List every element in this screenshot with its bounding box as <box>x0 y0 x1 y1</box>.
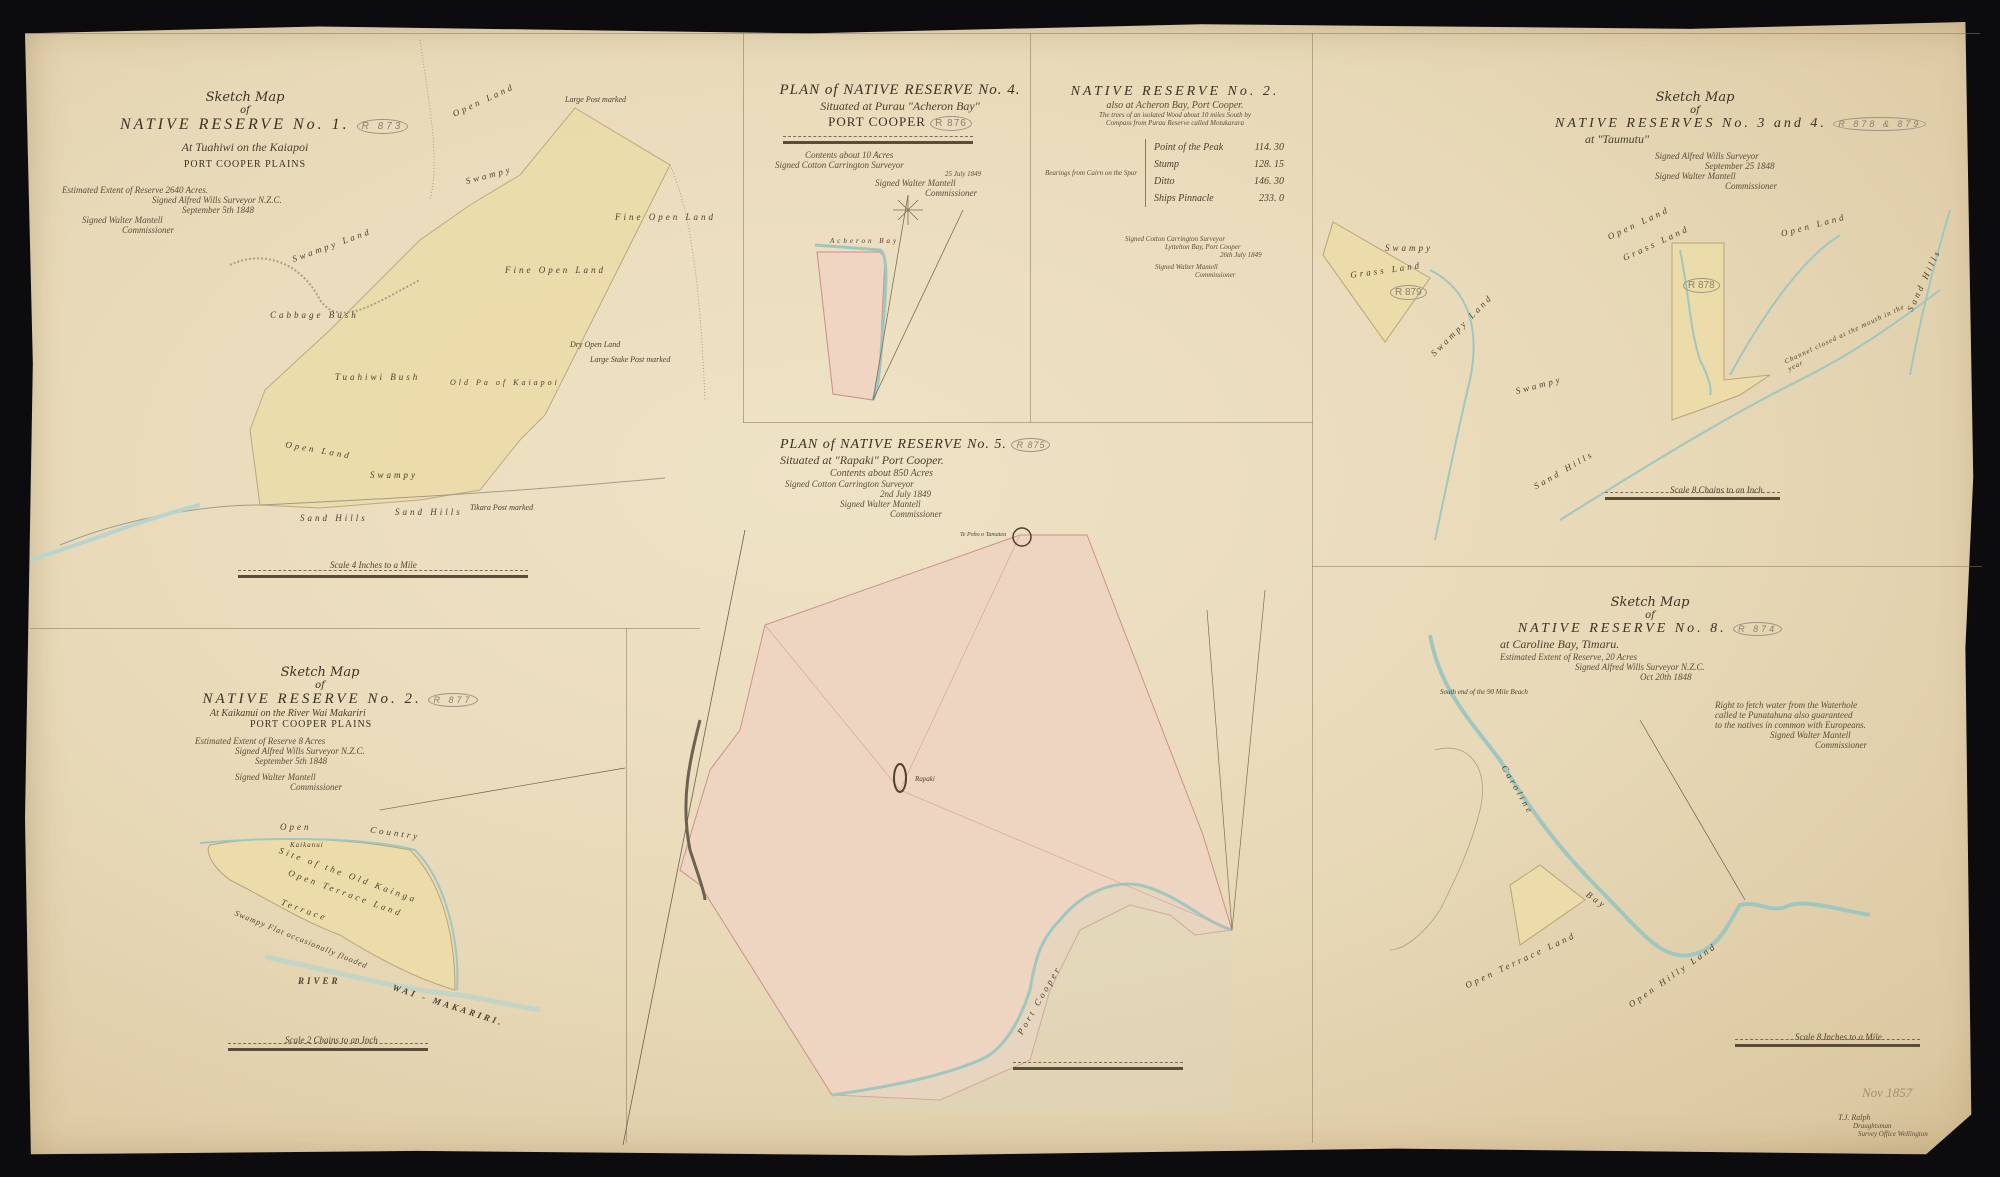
reserve5-commissioner: Signed Walter Mantell <box>780 499 1080 509</box>
reserve1-label-large-post: Large Post marked <box>565 95 626 104</box>
reserve8-scale-label: Scale 8 Inches to a Mile <box>1795 1032 1882 1042</box>
reserve4-region: PORT COOPER <box>828 114 926 129</box>
bearing-row: Ditto146. 30 <box>1154 173 1284 190</box>
reserve1-commissioner: Signed Walter Mantell <box>62 215 322 225</box>
reserve2-location: At Kaikanui on the River Wai Makariri <box>195 708 485 719</box>
bearings-list: Point of the Peak114. 30 Stump128. 15 Di… <box>1145 139 1284 207</box>
reserve1-line1: Sketch Map <box>120 90 370 105</box>
archive-date-stamp: Nov 1857 <box>1862 1085 1912 1101</box>
panel-reserve-5: PLAN of NATIVE RESERVE No. 5. R 875 Situ… <box>780 437 1080 519</box>
reserve1-line2: of <box>120 105 370 116</box>
reserve8-date: Oct 20th 1848 <box>1500 672 1800 682</box>
reserve5-label-rapaki: Rapaki <box>915 775 935 783</box>
reserve2-line1: Sketch Map <box>155 665 485 680</box>
reserve2-extent: Estimated Extent of Reserve 8 Acres <box>195 736 485 746</box>
bearing-value: 146. 30 <box>1254 176 1284 187</box>
reserve4-commissioner: Signed Walter Mantell <box>765 178 1035 188</box>
reserve4-region-line: PORT COOPER R 876 <box>765 114 1035 131</box>
reserve1-label-fine-open-land-2: Fine Open Land <box>615 212 716 222</box>
reserve4-date: 25 July 1849 <box>765 170 1035 178</box>
reserve3-4-scale-bar <box>1605 497 1780 500</box>
reserve5-title: PLAN of NATIVE RESERVE No. 5. R 875 <box>780 437 1080 453</box>
reserve8-scale-bar <box>1735 1044 1920 1047</box>
reserve2-scale-bar <box>228 1048 428 1051</box>
reserve5-ref: R 875 <box>1011 438 1050 452</box>
panel-reserve-3-4: Sketch Map of NATIVE RESERVES No. 3 and … <box>1555 90 1915 191</box>
reserve1-signatures: Estimated Extent of Reserve 2640 Acres. … <box>62 185 322 235</box>
reserve8-location: at Caroline Bay, Timaru. <box>1500 637 1800 652</box>
reserve1-label-dry-open-land: Dry Open Land <box>570 340 620 349</box>
reserve1-label-sand-hills-2: Sand Hills <box>395 507 463 517</box>
panel-reserve-2: Sketch Map of NATIVE RESERVE No. 2. R 87… <box>195 665 485 792</box>
reserve2b-surveyor: Signed Cotton Carrington Surveyor <box>1045 235 1305 243</box>
reserve1-label-fine-open-land: Fine Open Land <box>505 265 606 275</box>
reserve1-ref: R 873 <box>357 119 409 134</box>
reserve8-water-note: Right to fetch water from the Waterhole … <box>1715 700 1955 750</box>
reserve1-region: PORT COOPER PLAINS <box>120 159 370 170</box>
bearings-table: Bearings from Cairn on the Spur Point of… <box>1045 139 1305 207</box>
compass-rose-icon <box>893 195 923 225</box>
bearing-row: Stump128. 15 <box>1154 156 1284 173</box>
bearing-point: Ships Pinnacle <box>1154 193 1214 204</box>
reserve8-note-1: Right to fetch water from the Waterhole <box>1715 700 1955 710</box>
reserve2-title-text: NATIVE RESERVE No. 2. <box>202 691 421 707</box>
reserve3-4-line2: of <box>1475 105 1915 116</box>
reserve5-location: Situated at "Rapaki" Port Cooper. <box>780 453 1080 468</box>
draftsman-name: T.J. Ralph <box>1838 1113 1988 1122</box>
bearing-point: Stump <box>1154 159 1179 170</box>
draftsman-office: Survey Office Wellington <box>1838 1130 1988 1138</box>
reserve2b-commissioner: Signed Walter Mantell <box>1045 263 1305 271</box>
bearing-row: Ships Pinnacle233. 0 <box>1154 190 1284 207</box>
reserve8-note-3: to the natives in common with Europeans. <box>1715 720 1955 730</box>
reserve3-4-inset-ref-879: R 879 <box>1390 285 1427 300</box>
panel-reserve-4: PLAN of NATIVE RESERVE No. 4. Situated a… <box>765 82 1035 198</box>
reserve2b-title: NATIVE RESERVE No. 2. <box>1045 84 1305 100</box>
reserve2b-place: Lyttelton Bay, Port Cooper <box>1045 243 1305 251</box>
reserve3-4-ref: R 878 & 879 <box>1833 117 1926 131</box>
reserve4-contents: Contents about 10 Acres <box>765 150 1035 160</box>
draftsman-title: Draughtsman <box>1838 1122 1988 1130</box>
reserve3-4-title: NATIVE RESERVES No. 3 and 4. R 878 & 879 <box>1555 116 1915 132</box>
panel-reserve-8: Sketch Map of NATIVE RESERVE No. 8. R 87… <box>1500 595 1800 682</box>
reserve1-label-sand-hills: Sand Hills <box>300 513 368 523</box>
reserve4-surveyor: Signed Cotton Carrington Surveyor <box>765 160 1035 170</box>
reserve4-commissioner-title: Commissioner <box>765 188 1035 198</box>
reserve1-label-old-pa: Old Pa of Kaiapoi <box>450 378 560 387</box>
reserve3-4-surveyor: Signed Alfred Wills Surveyor <box>1555 151 1915 161</box>
reserve2-ref: R 877 <box>428 693 477 707</box>
reserve8-title: NATIVE RESERVE No. 8. R 874 <box>1500 621 1800 637</box>
reserve1-scale-label: Scale 4 Inches to a Mile <box>330 560 417 570</box>
reserve3-4-commissioner-title: Commissioner <box>1555 181 1915 191</box>
reserve8-line2: of <box>1500 610 1800 621</box>
reserve1-extent: Estimated Extent of Reserve 2640 Acres. <box>62 185 322 195</box>
reserve1-label-swampy-2: Swampy <box>370 470 418 480</box>
reserve2-commissioner: Signed Walter Mantell <box>195 772 485 782</box>
reserve2-commissioner-title: Commissioner <box>195 782 485 792</box>
reserve3-4-label-swampy: Swampy <box>1385 243 1433 253</box>
reserve1-label-stake-post: Large Stake Post marked <box>590 355 670 364</box>
reserve4-ref: R 876 <box>930 116 972 131</box>
bearing-value: 128. 15 <box>1254 159 1284 170</box>
reserve4-title: PLAN of NATIVE RESERVE No. 4. <box>765 82 1035 99</box>
reserve1-label-tikara-post: Tikara Post marked <box>470 503 533 512</box>
reserve2-region: PORT COOPER PLAINS <box>195 719 485 730</box>
reserve2-label-kaikanui: Kaikanui <box>290 841 324 849</box>
bearings-label: Bearings from Cairn on the Spur <box>1045 169 1145 177</box>
reserve8-commissioner: Signed Walter Mantell <box>1715 730 1955 740</box>
bearing-row: Point of the Peak114. 30 <box>1154 139 1284 156</box>
reserve2b-commissioner-title: Commissioner <box>1045 271 1305 279</box>
reserve3-4-inset-ref-878: R 878 <box>1683 278 1720 293</box>
reserve8-line1: Sketch Map <box>1500 595 1800 610</box>
reserve5-date: 2nd July 1849 <box>780 489 1080 499</box>
reserve3-4-commissioner: Signed Walter Mantell <box>1555 171 1915 181</box>
reserve8-title-text: NATIVE RESERVE No. 8. <box>1518 621 1727 636</box>
reserve8-note-2: called te Punatahuna also guaranteed <box>1715 710 1955 720</box>
reserve1-date: September 5th 1848 <box>62 205 322 215</box>
bearing-point: Ditto <box>1154 176 1175 187</box>
reserve1-label-tuahiwi-bush: Tuahiwi Bush <box>335 372 420 382</box>
panel-reserve-1: Sketch Map of NATIVE RESERVE No. 1. R 87… <box>120 90 370 170</box>
reserve3-4-location: at "Taumutu" <box>1555 132 1915 147</box>
reserve3-4-title-text: NATIVE RESERVES No. 3 and 4. <box>1555 116 1827 131</box>
reserve2-date: September 5th 1848 <box>195 756 485 766</box>
reserve1-scale-bar <box>238 575 528 578</box>
panel-reserve-2b: NATIVE RESERVE No. 2. also at Acheron Ba… <box>1045 84 1305 279</box>
reserve1-commissioner-title: Commissioner <box>62 225 322 235</box>
reserve5-title-text: PLAN of NATIVE RESERVE No. 5. <box>780 437 1007 452</box>
reserve3-4-line1: Sketch Map <box>1475 90 1915 105</box>
reserve1-title-text: NATIVE RESERVE No. 1. <box>120 116 350 133</box>
reserve1-location: At Tuahiwi on the Kaiapoi <box>120 140 370 155</box>
reserve5-label-peak: Te Poho o Tamatea <box>960 532 1006 538</box>
reserve1-surveyor: Signed Alfred Wills Surveyor N.Z.C. <box>62 195 322 205</box>
reserve2b-note-1: The trees of an isolated Wood about 10 m… <box>1045 111 1305 119</box>
bearing-value: 114. 30 <box>1255 142 1284 153</box>
reserve2-label-river: RIVER <box>298 976 341 986</box>
bearing-value: 233. 0 <box>1259 193 1284 204</box>
reserve3-4-date: September 25 1848 <box>1555 161 1915 171</box>
reserve4-label-acheron-bay: Acheron Bay <box>830 237 899 245</box>
reserve1-title: NATIVE RESERVE No. 1. R 873 <box>120 116 370 134</box>
reserve5-contents: Contents about 850 Acres <box>780 468 1080 479</box>
reserve4-location: Situated at Purau "Acheron Bay" <box>765 99 1035 114</box>
bearing-point: Point of the Peak <box>1154 142 1223 153</box>
reserve2b-location: also at Acheron Bay, Port Cooper. <box>1045 100 1305 111</box>
reserve2b-date: 26th July 1849 <box>1045 251 1305 259</box>
reserve2b-note-2: Compass from Purau Reserve called Motuka… <box>1045 119 1305 127</box>
reserve5-surveyor: Signed Cotton Carrington Surveyor <box>780 479 1080 489</box>
reserve2-label-open: Open <box>280 822 312 832</box>
reserve8-extent: Estimated Extent of Reserve, 20 Acres <box>1500 652 1800 662</box>
reserve2-line2: of <box>155 680 485 691</box>
draftsman-signature: T.J. Ralph Draughtsman Survey Office Wel… <box>1838 1113 1988 1138</box>
reserve8-ref: R 874 <box>1733 622 1782 636</box>
reserve2-title: NATIVE RESERVE No. 2. R 877 <box>195 691 485 708</box>
reserve2-surveyor: Signed Alfred Wills Surveyor N.Z.C. <box>195 746 485 756</box>
reserve8-label-90-mile-beach: South end of the 90 Mile Beach <box>1440 688 1528 696</box>
reserve3-4-scale-label: Scale 8 Chains to an Inch <box>1670 485 1763 495</box>
reserve8-commissioner-title: Commissioner <box>1715 740 1955 750</box>
reserve4-scale-bar <box>783 141 973 144</box>
reserve8-surveyor: Signed Alfred Wills Surveyor N.Z.C. <box>1500 662 1800 672</box>
reserve5-commissioner-title: Commissioner <box>780 509 1080 519</box>
reserve1-label-cabbage-bush: Cabbage Bush <box>270 310 359 320</box>
reserve5-scale-bar <box>1013 1067 1183 1070</box>
